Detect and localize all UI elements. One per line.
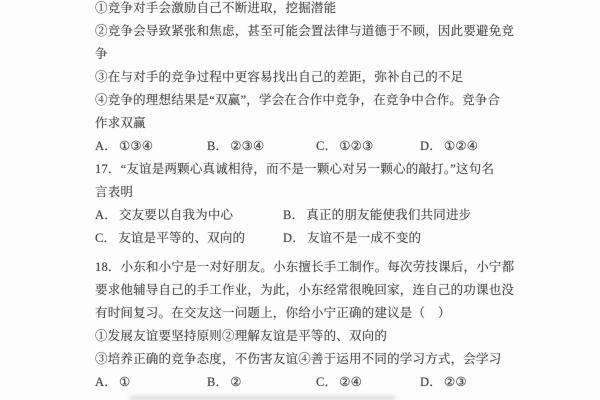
- q18-option-b-label: B．: [207, 375, 228, 389]
- q16-statement-4-wrap: 作求双赢: [95, 112, 525, 135]
- q17-option-c-value: 友谊是平等的、双向的: [118, 231, 245, 245]
- q16-option-c: C．①②③: [316, 135, 420, 158]
- q16-option-b-label: B．: [207, 139, 228, 153]
- q16-statement-3: ③在与对手的竞争过程中更容易找出自己的差距，弥补自己的不足: [95, 66, 525, 89]
- q18-options-row: A．① B．② C．②④ D．②③: [95, 371, 525, 394]
- q16-statement-2: ②竞争会导致紧张和焦虑，甚至可能会置法律与道德于不顾，因此要避免竞: [95, 20, 525, 43]
- q16-statement-2-wrap: 争: [95, 43, 525, 66]
- q17-option-d-label: D．: [283, 231, 305, 245]
- q16-option-b-value: ②③④: [230, 139, 264, 153]
- q18-option-d-label: D．: [420, 375, 442, 389]
- q16-option-a-value: ①③④: [119, 139, 153, 153]
- q17-option-b: B．真正的朋友能使我们共同进步: [283, 204, 525, 227]
- q18-option-c-value: ②④: [339, 375, 362, 389]
- q17-option-d: D．友谊不是一成不变的: [283, 227, 525, 250]
- q18-option-d: D．②③: [420, 371, 525, 394]
- q16-statement-4: ④竞争的理想结果是“双赢”，学会在合作中竞争，在竞争中合作。竞争合: [95, 89, 525, 112]
- q18-statement-3-4: ③培养正确的竞争态度，不伤害友谊④善于运用不同的学习方式，会学习: [95, 348, 525, 371]
- q17-option-a: A．交友要以自我为中心: [95, 204, 283, 227]
- q18-option-b: B．②: [207, 371, 316, 394]
- exam-text-column: ①竞争对手会激励自己不断进取，挖掘潜能 ②竞争会导致紧张和焦虑，甚至可能会置法律…: [95, 0, 525, 394]
- q18-statement-1-2: ①发展友谊要坚持原则②理解友谊是平等的、双向的: [95, 325, 525, 348]
- q17-option-c: C．友谊是平等的、双向的: [95, 227, 283, 250]
- q17-option-a-label: A．: [95, 208, 117, 222]
- q18-option-c-label: C．: [316, 375, 337, 389]
- q17-option-a-value: 交友要以自我为中心: [119, 208, 233, 222]
- cut-off-text-remnant: [130, 396, 395, 400]
- q16-option-d-label: D．: [420, 139, 442, 153]
- q17-stem-line-1: 17．“友谊是两颗心真诚相待，而不是一颗心对另一颗心的敲打。”这句名: [95, 158, 525, 181]
- q17-options-row-2: C．友谊是平等的、双向的 D．友谊不是一成不变的: [95, 227, 525, 250]
- q16-option-d: D．①②④: [420, 135, 525, 158]
- q16-statement-1: ①竞争对手会激励自己不断进取，挖掘潜能: [95, 0, 525, 20]
- q17-stem-line-2: 言表明: [95, 181, 525, 204]
- q16-option-a-label: A．: [95, 139, 117, 153]
- q16-option-c-value: ①②③: [339, 139, 373, 153]
- q17-option-b-label: B．: [283, 208, 304, 222]
- q16-option-a: A．①③④: [95, 135, 207, 158]
- q16-option-b: B．②③④: [207, 135, 316, 158]
- q18-option-b-value: ②: [230, 375, 241, 389]
- q18-stem-line-3: 有时间复习。在交友这一问题上，你给小宁正确的建议是（ ）: [95, 302, 525, 325]
- q18-stem-line-2: 要求他辅导自己的手工作业，为此，小东经常很晚回家，连自己的功课也没: [95, 279, 525, 302]
- q16-option-d-value: ①②④: [444, 139, 478, 153]
- q16-options-row: A．①③④ B．②③④ C．①②③ D．①②④: [95, 135, 525, 158]
- q18-option-a: A．①: [95, 371, 207, 394]
- q18-option-c: C．②④: [316, 371, 420, 394]
- q17-options-row-1: A．交友要以自我为中心 B．真正的朋友能使我们共同进步: [95, 204, 525, 227]
- q17-option-c-label: C．: [95, 231, 116, 245]
- q18-option-a-label: A．: [95, 375, 117, 389]
- q16-option-c-label: C．: [316, 139, 337, 153]
- q17-option-b-value: 真正的朋友能使我们共同进步: [306, 208, 471, 222]
- q17-option-d-value: 友谊不是一成不变的: [307, 231, 421, 245]
- q18-option-d-value: ②③: [444, 375, 467, 389]
- exam-document-page: ①竞争对手会激励自己不断进取，挖掘潜能 ②竞争会导致紧张和焦虑，甚至可能会置法律…: [0, 0, 600, 400]
- q18-option-a-value: ①: [119, 375, 130, 389]
- q18-stem-line-1: 18．小东和小宁是一对好朋友。小东擅长手工制作。每次劳技课后，小宁都: [95, 256, 525, 279]
